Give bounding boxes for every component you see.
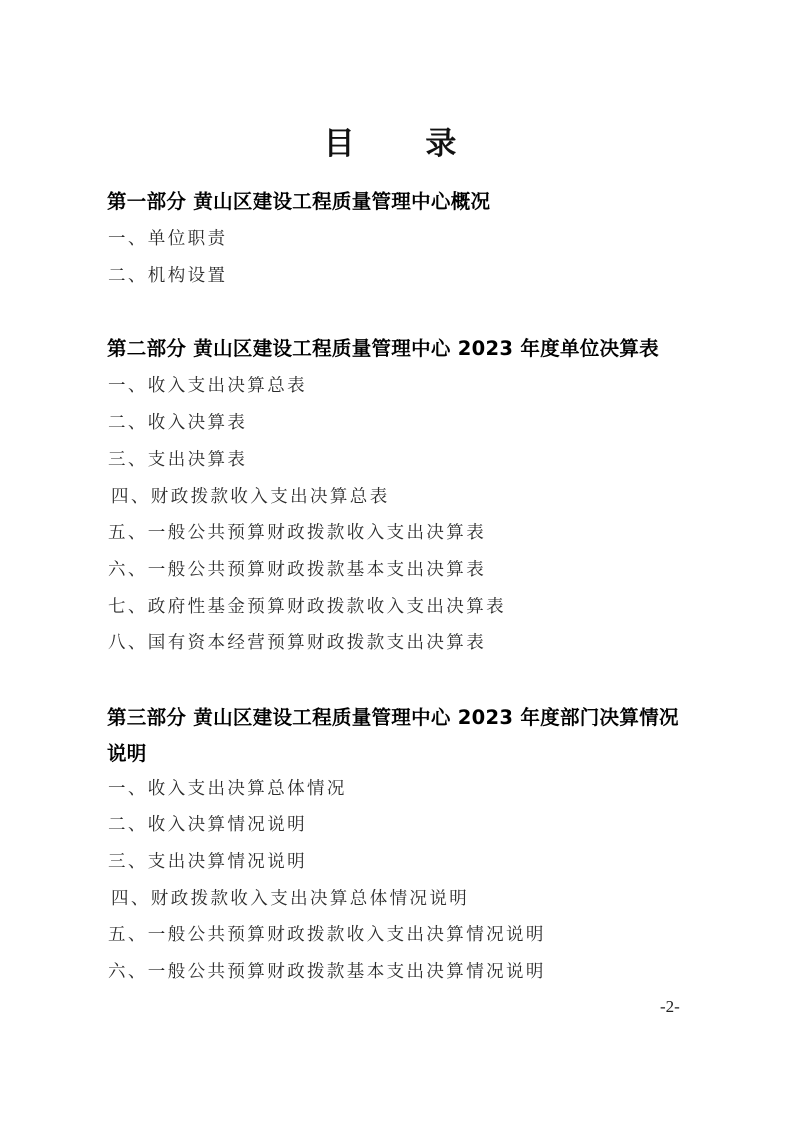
toc-item: 八、国有资本经营预算财政拨款支出决算表 [108, 629, 486, 654]
toc-item: 七、政府性基金预算财政拨款收入支出决算表 [108, 593, 506, 618]
toc-item: 一、收入支出决算总表 [108, 372, 307, 397]
part-2-heading: 第二部分 黄山区建设工程质量管理中心 2023 年度单位决算表 [107, 333, 659, 361]
toc-item: 五、一般公共预算财政拨款收入支出决算表 [108, 519, 486, 544]
toc-item: 四、财政拨款收入支出决算总体情况说明 [111, 885, 469, 910]
toc-item: 二、收入决算情况说明 [108, 811, 307, 836]
page-number: -2- [660, 997, 680, 1017]
toc-item: 三、支出决算情况说明 [108, 848, 307, 873]
toc-item: 六、一般公共预算财政拨款基本支出决算表 [108, 556, 486, 581]
toc-item: 二、收入决算表 [108, 409, 247, 434]
toc-item: 六、一般公共预算财政拨款基本支出决算情况说明 [108, 958, 546, 983]
part-3-heading: 第三部分 黄山区建设工程质量管理中心 2023 年度部门决算情况说明 [107, 700, 687, 772]
toc-item: 四、财政拨款收入支出决算总表 [111, 483, 390, 508]
toc-item: 一、单位职责 [108, 225, 227, 250]
part-1-heading: 第一部分 黄山区建设工程质量管理中心概况 [107, 186, 490, 214]
toc-item: 一、收入支出决算总体情况 [108, 775, 347, 800]
toc-item: 三、支出决算表 [108, 446, 247, 471]
toc-item: 五、一般公共预算财政拨款收入支出决算情况说明 [108, 921, 546, 946]
toc-title: 目 录 [0, 118, 793, 163]
toc-item: 二、机构设置 [108, 262, 227, 287]
